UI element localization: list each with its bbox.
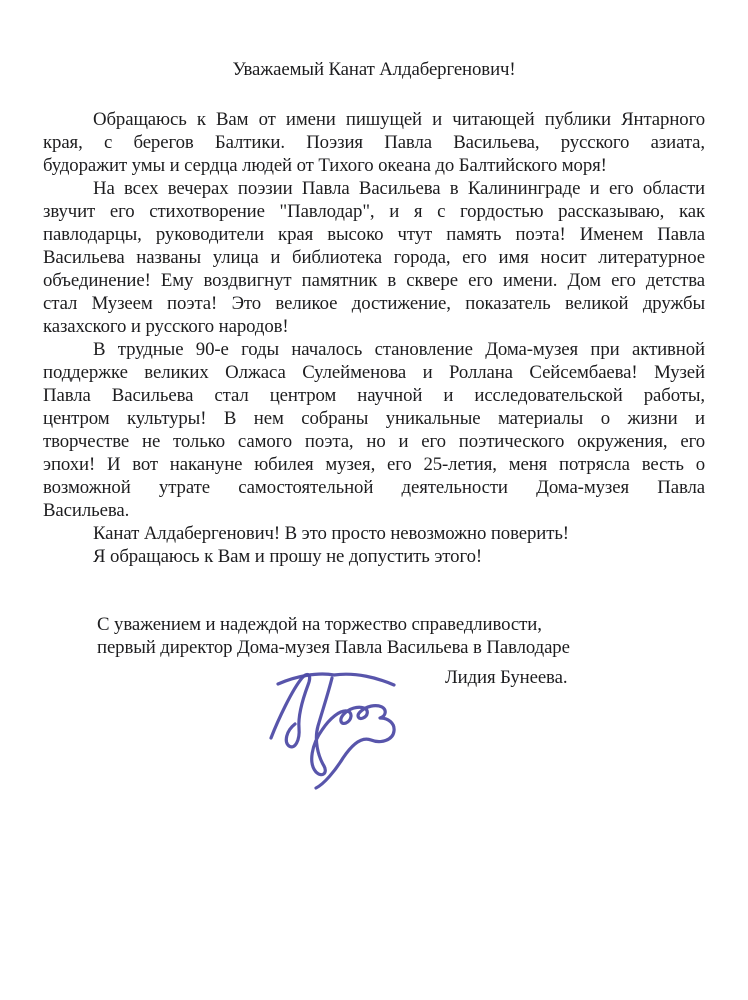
paragraph-line: павлодарцы, руководители края высоко чту… [43, 223, 705, 246]
closing-line: С уважением и надеждой на торжество спра… [43, 613, 705, 636]
paragraph-line: Васильева. [43, 499, 705, 522]
paragraph-line: Я обращаюсь к Вам и прошу не допустить э… [43, 545, 705, 568]
paragraph-line: возможной утрате самостоятельной деятель… [43, 476, 705, 499]
paragraph-line: центром культуры! В нем собраны уникальн… [43, 407, 705, 430]
paragraph: В трудные 90-е годы началось становление… [43, 338, 705, 522]
paragraph-line: Павла Васильева стал центром научной и и… [43, 384, 705, 407]
closing-block: С уважением и надеждой на торжество спра… [43, 613, 705, 659]
paragraph-line: эпохи! И вот накануне юбилея музея, его … [43, 453, 705, 476]
paragraph-line: края, с берегов Балтики. Поэзия Павла Ва… [43, 131, 705, 154]
paragraph: Обращаюсь к Вам от имени пишущей и читаю… [43, 108, 705, 177]
paragraph-line: стал Музеем поэта! Это великое достижени… [43, 292, 705, 315]
paragraph-line: объединение! Ему воздвигнут памятник в с… [43, 269, 705, 292]
paragraph: На всех вечерах поэзии Павла Васильева в… [43, 177, 705, 338]
paragraph: Канат Алдабергенович! В это просто невоз… [43, 522, 705, 568]
signature-name: Лидия Бунеева. [445, 666, 567, 689]
paragraph-line: На всех вечерах поэзии Павла Васильева в… [43, 177, 705, 200]
paragraph-line: будоражит умы и сердца людей от Тихого о… [43, 154, 705, 177]
letter-body: Обращаюсь к Вам от имени пишущей и читаю… [43, 108, 705, 568]
paragraph-line: звучит его стихотворение "Павлодар", и я… [43, 200, 705, 223]
paragraph-line: Канат Алдабергенович! В это просто невоз… [43, 522, 705, 545]
paragraph-line: В трудные 90-е годы началось становление… [43, 338, 705, 361]
paragraph-line: Обращаюсь к Вам от имени пишущей и читаю… [43, 108, 705, 131]
paragraph-line: Васильева названы улица и библиотека гор… [43, 246, 705, 269]
letter-page: Уважаемый Канат Алдабергенович! Обращаюс… [0, 0, 748, 1000]
paragraph-line: казахского и русского народов! [43, 315, 705, 338]
handwritten-signature-icon [248, 654, 448, 794]
paragraph-line: поддержке великих Олжаса Сулейменова и Р… [43, 361, 705, 384]
salutation: Уважаемый Канат Алдабергенович! [43, 58, 705, 81]
paragraph-line: творчестве не только самого поэта, но и … [43, 430, 705, 453]
